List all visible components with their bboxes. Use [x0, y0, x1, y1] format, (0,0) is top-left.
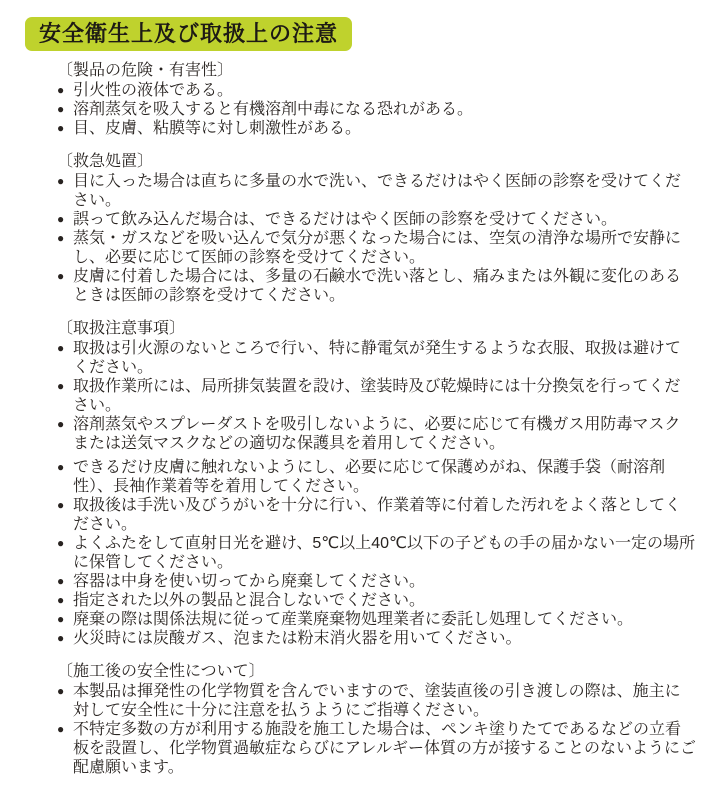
list-item-text: できるだけ皮膚に触れないようにし、必要に応じて保護めがね、保護手袋（耐溶剤性）、…: [73, 458, 696, 496]
bullet-icon: ●: [57, 415, 73, 434]
bullet-icon: ●: [57, 339, 73, 358]
list-item-text: 取扱は引火源のないところで行い、特に静電気が発生するような衣服、取扱は避けてくだ…: [73, 339, 696, 377]
list-item-text: 引火性の液体である。: [73, 81, 696, 100]
document-content: 〔製品の危険・有害性〕 ● 引火性の液体である。 ● 溶剤蒸気を吸入すると有機溶…: [57, 61, 696, 777]
bullet-icon: ●: [57, 119, 73, 138]
document-page: 安全衛生上及び取扱上の注意 〔製品の危険・有害性〕 ● 引火性の液体である。 ●…: [0, 0, 720, 787]
list-item-text: 溶剤蒸気を吸入すると有機溶剤中毒になる恐れがある。: [73, 100, 696, 119]
page-title: 安全衛生上及び取扱上の注意: [25, 17, 352, 51]
list-item: ● 取扱後は手洗い及びうがいを十分に行い、作業着等に付着した汚れをよく落としてく…: [57, 496, 696, 534]
bullet-icon: ●: [57, 100, 73, 119]
bullet-icon: ●: [57, 496, 73, 515]
bullet-icon: ●: [57, 458, 73, 477]
list-item: ● 取扱は引火源のないところで行い、特に静電気が発生するような衣服、取扱は避けて…: [57, 339, 696, 377]
section-heading: 〔施工後の安全性について〕: [57, 662, 696, 681]
list-item-text: 本製品は揮発性の化学物質を含んでいますので、塗装直後の引き渡しの際は、施主に対し…: [73, 682, 696, 720]
list-item-text: 蒸気・ガスなどを吸い込んで気分が悪くなった場合には、空気の清浄な場所で安静にし、…: [73, 229, 696, 267]
bullet-icon: ●: [57, 172, 73, 191]
bullet-icon: ●: [57, 210, 73, 229]
section-heading: 〔取扱注意事項〕: [57, 319, 696, 338]
section-post-construction-safety: 〔施工後の安全性について〕 ● 本製品は揮発性の化学物質を含んでいますので、塗装…: [57, 662, 696, 777]
section-product-hazards: 〔製品の危険・有害性〕 ● 引火性の液体である。 ● 溶剤蒸気を吸入すると有機溶…: [57, 61, 696, 138]
bullet-icon: ●: [57, 720, 73, 739]
bullet-icon: ●: [57, 267, 73, 286]
list-item: ● 溶剤蒸気やスプレーダストを吸引しないように、必要に応じて有機ガス用防毒マスク…: [57, 415, 696, 453]
bullet-icon: ●: [57, 534, 73, 553]
list-item: ● 不特定多数の方が利用する施設を施工した場合は、ペンキ塗りたてであるなどの立看…: [57, 720, 696, 777]
list-item: ● 容器は中身を使い切ってから廃棄してください。: [57, 572, 696, 591]
list-item: ● 溶剤蒸気を吸入すると有機溶剤中毒になる恐れがある。: [57, 100, 696, 119]
bullet-icon: ●: [57, 81, 73, 100]
section-heading: 〔製品の危険・有害性〕: [57, 61, 696, 80]
list-item-text: 廃棄の際は関係法規に従って産業廃棄物処理業者に委託し処理してください。: [73, 610, 696, 629]
list-item: ● よくふたをして直射日光を避け、5℃以上40℃以下の子どもの手の届かない一定の…: [57, 534, 696, 572]
section-heading: 〔救急処置〕: [57, 152, 696, 171]
list-item: ● できるだけ皮膚に触れないようにし、必要に応じて保護めがね、保護手袋（耐溶剤性…: [57, 458, 696, 496]
bullet-icon: ●: [57, 572, 73, 591]
bullet-icon: ●: [57, 377, 73, 396]
list-item: ● 目、皮膚、粘膜等に対し刺激性がある。: [57, 119, 696, 138]
list-item-text: 皮膚に付着した場合には、多量の石鹸水で洗い落とし、痛みまたは外観に変化のあるとき…: [73, 267, 696, 305]
list-item-text: 不特定多数の方が利用する施設を施工した場合は、ペンキ塗りたてであるなどの立看板を…: [73, 720, 696, 777]
list-item-text: 誤って飲み込んだ場合は、できるだけはやく医師の診察を受けてください。: [73, 210, 696, 229]
list-item-text: 目に入った場合は直ちに多量の水で洗い、できるだけはやく医師の診察を受けてください…: [73, 172, 696, 210]
section-handling-precautions: 〔取扱注意事項〕 ● 取扱は引火源のないところで行い、特に静電気が発生するような…: [57, 319, 696, 648]
list-item: ● 皮膚に付着した場合には、多量の石鹸水で洗い落とし、痛みまたは外観に変化のある…: [57, 267, 696, 305]
bullet-icon: ●: [57, 229, 73, 248]
list-item-text: 火災時には炭酸ガス、泡または粉末消火器を用いてください。: [73, 629, 696, 648]
list-item-text: 取扱後は手洗い及びうがいを十分に行い、作業着等に付着した汚れをよく落としてくださ…: [73, 496, 696, 534]
list-item: ● 目に入った場合は直ちに多量の水で洗い、できるだけはやく医師の診察を受けてくだ…: [57, 172, 696, 210]
list-item-text: よくふたをして直射日光を避け、5℃以上40℃以下の子どもの手の届かない一定の場所…: [73, 534, 696, 572]
bullet-icon: ●: [57, 610, 73, 629]
list-item: ● 取扱作業所には、局所排気装置を設け、塗装時及び乾燥時には十分換気を行ってくだ…: [57, 377, 696, 415]
list-item: ● 蒸気・ガスなどを吸い込んで気分が悪くなった場合には、空気の清浄な場所で安静に…: [57, 229, 696, 267]
section-first-aid: 〔救急処置〕 ● 目に入った場合は直ちに多量の水で洗い、できるだけはやく医師の診…: [57, 152, 696, 305]
list-item: ● 指定された以外の製品と混合しないでください。: [57, 591, 696, 610]
list-item: ● 火災時には炭酸ガス、泡または粉末消火器を用いてください。: [57, 629, 696, 648]
list-item-text: 取扱作業所には、局所排気装置を設け、塗装時及び乾燥時には十分換気を行ってください…: [73, 377, 696, 415]
list-item: ● 誤って飲み込んだ場合は、できるだけはやく医師の診察を受けてください。: [57, 210, 696, 229]
list-item-text: 指定された以外の製品と混合しないでください。: [73, 591, 696, 610]
list-item: ● 廃棄の際は関係法規に従って産業廃棄物処理業者に委託し処理してください。: [57, 610, 696, 629]
list-item-text: 溶剤蒸気やスプレーダストを吸引しないように、必要に応じて有機ガス用防毒マスクまた…: [73, 415, 696, 453]
list-item: ● 本製品は揮発性の化学物質を含んでいますので、塗装直後の引き渡しの際は、施主に…: [57, 682, 696, 720]
list-item: ● 引火性の液体である。: [57, 81, 696, 100]
bullet-icon: ●: [57, 629, 73, 648]
bullet-icon: ●: [57, 591, 73, 610]
list-item-text: 目、皮膚、粘膜等に対し刺激性がある。: [73, 119, 696, 138]
list-item-text: 容器は中身を使い切ってから廃棄してください。: [73, 572, 696, 591]
bullet-icon: ●: [57, 682, 73, 701]
